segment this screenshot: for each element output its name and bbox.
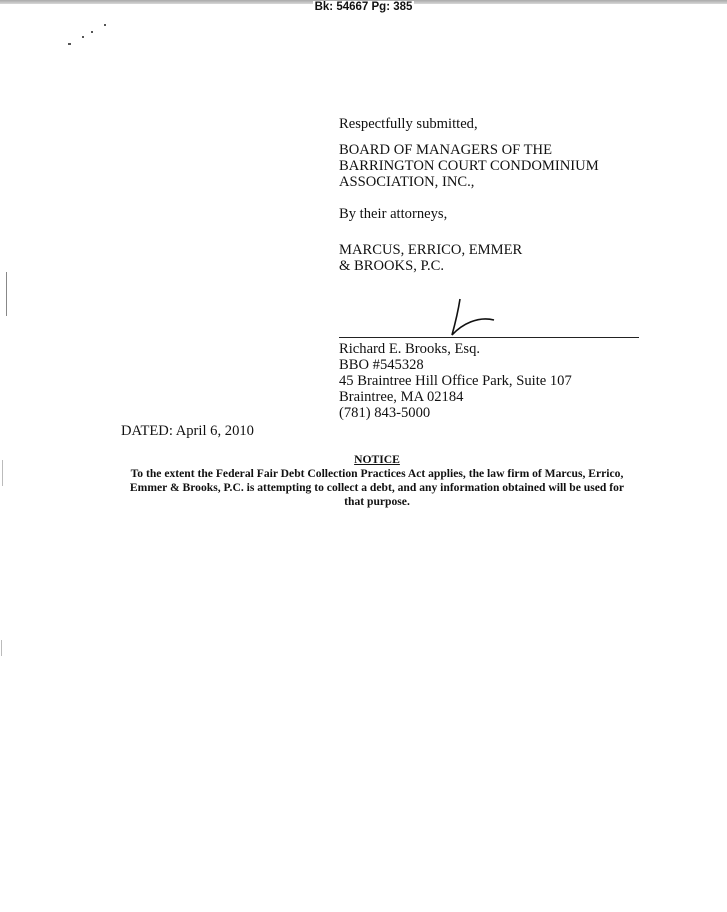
fdcpa-notice: NOTICE To the extent the Federal Fair De… [104,453,650,509]
signatory-address2: Braintree, MA 02184 [339,389,572,405]
signatory-phone: (781) 843-5000 [339,405,572,421]
notice-title: NOTICE [104,453,650,467]
signatory-bbo: BBO #545328 [339,357,572,373]
signatory-block: Richard E. Brooks, Esq. BBO #545328 45 B… [339,341,572,421]
firm-line: & BROOKS, P.C. [339,258,522,274]
scan-margin-mark [2,460,3,486]
scan-speck [104,24,106,26]
firm-line: MARCUS, ERRICO, EMMER [339,242,522,258]
party-line: BARRINGTON COURT CONDOMINIUM [339,158,599,174]
closing-salutation: Respectfully submitted, [339,116,478,132]
signatory-name: Richard E. Brooks, Esq. [339,341,572,357]
law-firm: MARCUS, ERRICO, EMMER & BROOKS, P.C. [339,242,522,274]
signature-line [339,337,639,338]
party-line: ASSOCIATION, INC., [339,174,599,190]
book-page-label: Bk: 54667 Pg: 385 [313,1,415,13]
party-line: BOARD OF MANAGERS OF THE [339,142,599,158]
by-line: By their attorneys, [339,206,447,222]
scan-speck [82,36,84,38]
notice-line: that purpose. [104,495,650,509]
dated-line: DATED: April 6, 2010 [121,423,254,440]
notice-line: Emmer & Brooks, P.C. is attempting to co… [104,481,650,495]
scan-margin-mark [6,272,7,316]
scan-speck [68,43,71,45]
scan-speck [91,31,93,33]
party-name: BOARD OF MANAGERS OF THE BARRINGTON COUR… [339,142,599,190]
signatory-address1: 45 Braintree Hill Office Park, Suite 107 [339,373,572,389]
recording-stamp: Bk: 54667 Pg: 385 [0,0,727,14]
notice-line: To the extent the Federal Fair Debt Coll… [104,467,650,481]
scan-margin-mark [1,640,2,656]
